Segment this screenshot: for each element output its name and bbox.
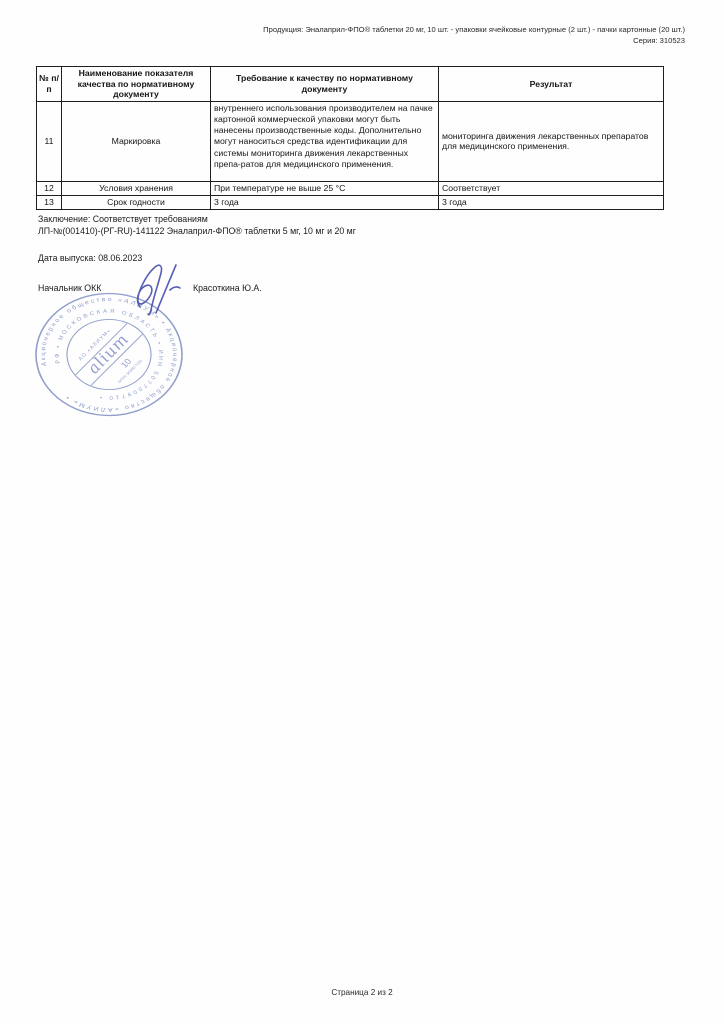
table-header-name: Наименование показателя качества по норм… — [62, 67, 211, 102]
document-page: Продукция: Эналаприл-ФПО® таблетки 20 мг… — [0, 0, 724, 1024]
cell-requirement: 3 года — [211, 195, 439, 209]
table-header-row: № п/п Наименование показателя качества п… — [37, 67, 664, 102]
table-row: 11 Маркировка внутреннего использования … — [37, 101, 664, 181]
cell-name: Маркировка — [62, 101, 211, 181]
cell-requirement: При температуре не выше 25 °С — [211, 181, 439, 195]
cell-name: Срок годности — [62, 195, 211, 209]
document-header: Продукция: Эналаприл-ФПО® таблетки 20 мг… — [263, 25, 685, 46]
handwritten-signature — [126, 260, 204, 322]
cell-result: Соответствует — [439, 181, 664, 195]
conclusion-block: Заключение: Соответствует требованиям ЛП… — [38, 213, 356, 237]
product-line: Продукция: Эналаприл-ФПО® таблетки 20 мг… — [263, 25, 685, 36]
cell-num: 11 — [37, 101, 62, 181]
page-indicator: Страница 2 из 2 — [0, 988, 724, 997]
table-header-num: № п/п — [37, 67, 62, 102]
cell-num: 12 — [37, 181, 62, 195]
cell-name: Условия хранения — [62, 181, 211, 195]
quality-table: № п/п Наименование показателя качества п… — [36, 66, 664, 210]
registration-number-line: ЛП-№(001410)-(РГ-RU)-141122 Эналаприл-ФП… — [38, 225, 356, 237]
cell-num: 13 — [37, 195, 62, 209]
cell-requirement: внутреннего использования производителем… — [211, 101, 439, 181]
table-row: 13 Срок годности 3 года 3 года — [37, 195, 664, 209]
conclusion-statement: Заключение: Соответствует требованиям — [38, 213, 356, 225]
series-line: Серия: 310523 — [263, 36, 685, 47]
table-row: 12 Условия хранения При температуре не в… — [37, 181, 664, 195]
cell-result: 3 года — [439, 195, 664, 209]
table-header-result: Результат — [439, 67, 664, 102]
signature-strokes — [126, 260, 204, 322]
cell-result: мониторинга движения лекарственных препа… — [439, 101, 664, 181]
table-header-requirement: Требование к качеству по нормативному до… — [211, 67, 439, 102]
